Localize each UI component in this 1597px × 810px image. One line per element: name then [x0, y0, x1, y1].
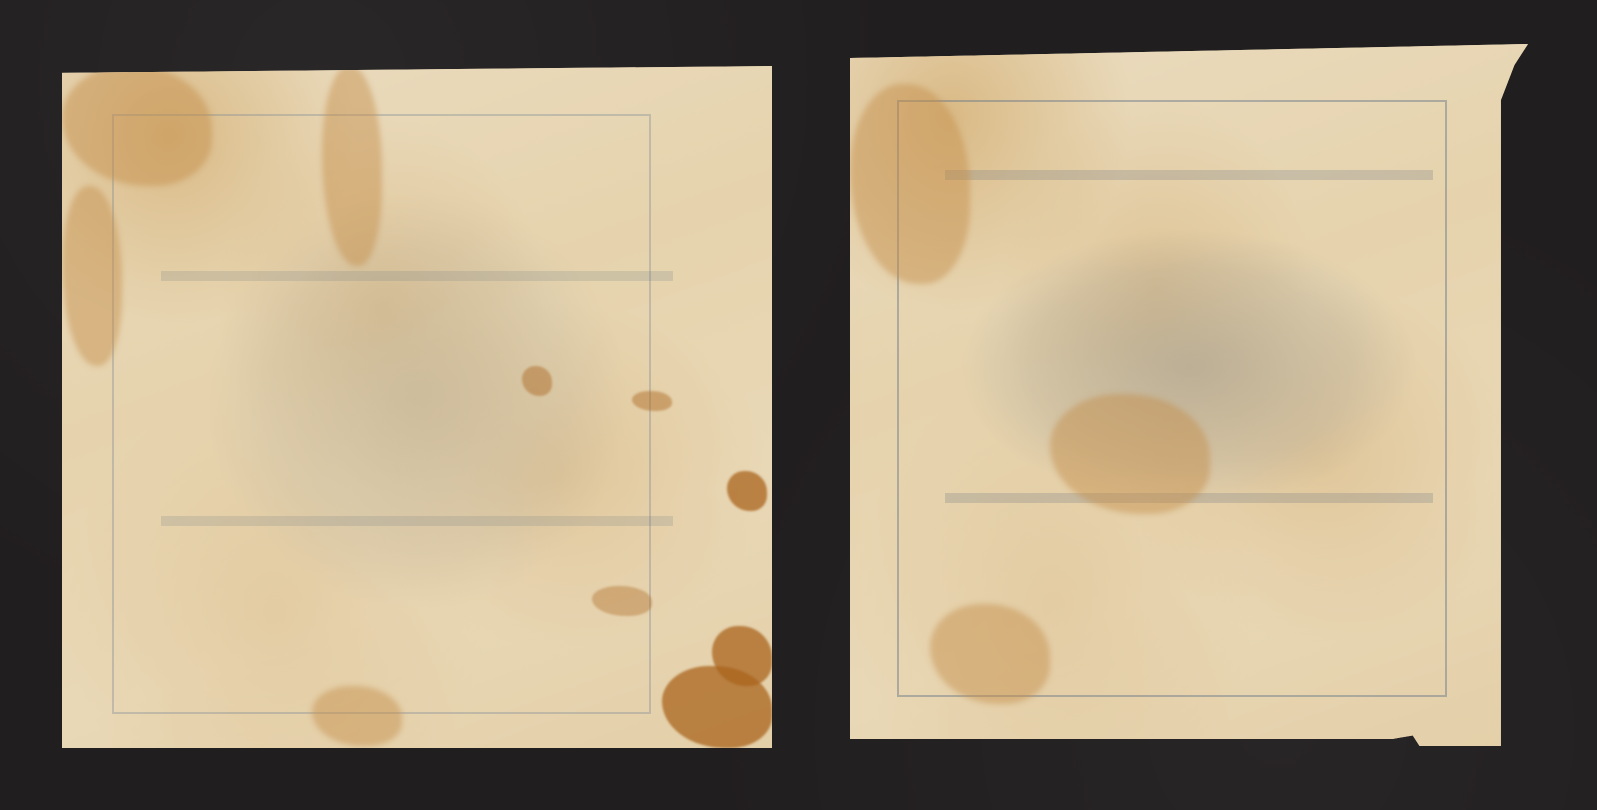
- show-through-design: [204, 189, 630, 612]
- stamp-right: Right stamp back: [850, 44, 1528, 746]
- show-through-band: [945, 170, 1433, 180]
- stamp-left: Left stamp back: [62, 66, 772, 748]
